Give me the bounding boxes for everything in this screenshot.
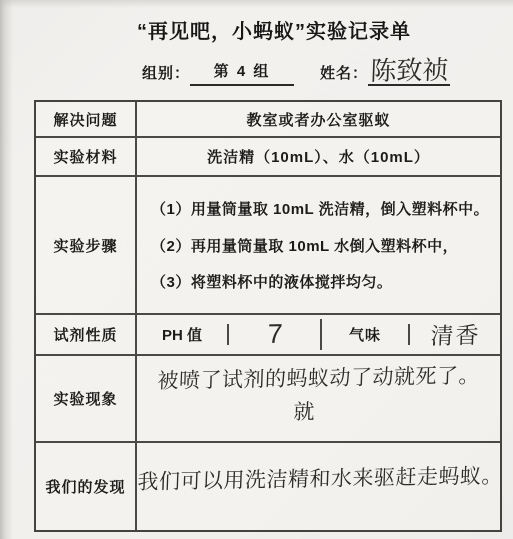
group-label: 组别：	[142, 62, 190, 86]
step-line-2: （2）再用量筒量取 10mL 水倒入塑料杯中，	[151, 235, 458, 256]
ph-value-handwritten: 7	[267, 319, 283, 350]
table-row-materials: 实验材料 洗洁精（10mL）、水（10mL）	[36, 138, 500, 177]
smell-value-handwritten: 清香	[430, 317, 481, 351]
row-label-problem: 解决问题	[36, 102, 137, 136]
name-field: 陈致祯	[368, 58, 450, 86]
observation-line-2-handwritten: 就	[293, 396, 316, 426]
row-label-materials: 实验材料	[36, 138, 137, 175]
name-value-handwritten: 陈致祯	[370, 57, 449, 84]
row-label-observation: 实验现象	[36, 356, 137, 441]
ph-value-cell: 7	[229, 319, 322, 350]
row-content-materials: 洗洁精（10mL）、水（10mL）	[137, 138, 500, 175]
smell-label-cell: 气味	[322, 324, 410, 345]
row-content-problem: 教室或者办公室驱蚁	[137, 102, 500, 136]
smell-value-cell: 清香	[410, 318, 500, 351]
name-label: 姓名：	[320, 62, 368, 86]
row-content-reagent-properties: PH 值 7 气味 清香	[137, 315, 500, 354]
ph-label-cell: PH 值	[137, 324, 229, 345]
table-row-observation: 实验现象 被喷了试剂的蚂蚁动了动就死了。 就	[36, 356, 500, 443]
table-row-reagent-properties: 试剂性质 PH 值 7 气味 清香	[36, 315, 500, 356]
step-line-3: （3）将塑料杯中的液体搅拌均匀。	[151, 271, 392, 292]
table-row-steps: 实验步骤 （1）用量筒量取 10mL 洗洁精，倒入塑料杯中。 （2）再用量筒量取…	[36, 177, 500, 315]
experiment-record-sheet: “再见吧，小蚂蚁”实验记录单 组别： 第 4 组 姓名： 陈致祯 解决问题 教室…	[0, 0, 513, 539]
row-label-steps: 实验步骤	[36, 177, 137, 313]
findings-handwritten: 我们可以用洗洁精和水来驱赶走蚂蚁。	[137, 459, 503, 495]
table-row-problem: 解决问题 教室或者办公室驱蚁	[36, 102, 500, 138]
table-row-findings: 我们的发现 我们可以用洗洁精和水来驱赶走蚂蚁。	[36, 443, 500, 530]
row-content-observation: 被喷了试剂的蚂蚁动了动就死了。 就	[137, 356, 500, 441]
row-content-steps: （1）用量筒量取 10mL 洗洁精，倒入塑料杯中。 （2）再用量筒量取 10mL…	[137, 177, 500, 313]
header-form-row: 组别： 第 4 组 姓名： 陈致祯	[142, 58, 450, 86]
page-title: “再见吧，小蚂蚁”实验记录单	[40, 15, 508, 44]
row-content-findings: 我们可以用洗洁精和水来驱赶走蚂蚁。	[137, 443, 503, 530]
group-value: 第 4 组	[190, 60, 294, 86]
step-line-1: （1）用量筒量取 10mL 洗洁精，倒入塑料杯中。	[151, 198, 489, 219]
row-label-findings: 我们的发现	[36, 443, 137, 530]
scan-edge-shadow-top	[0, 0, 513, 8]
observation-line-1-handwritten: 被喷了试剂的蚂蚁动了动就死了。	[157, 359, 480, 395]
row-label-reagent-properties: 试剂性质	[36, 315, 137, 354]
record-table: 解决问题 教室或者办公室驱蚁 实验材料 洗洁精（10mL）、水（10mL） 实验…	[34, 100, 502, 532]
scan-edge-shadow-left	[0, 0, 13, 539]
